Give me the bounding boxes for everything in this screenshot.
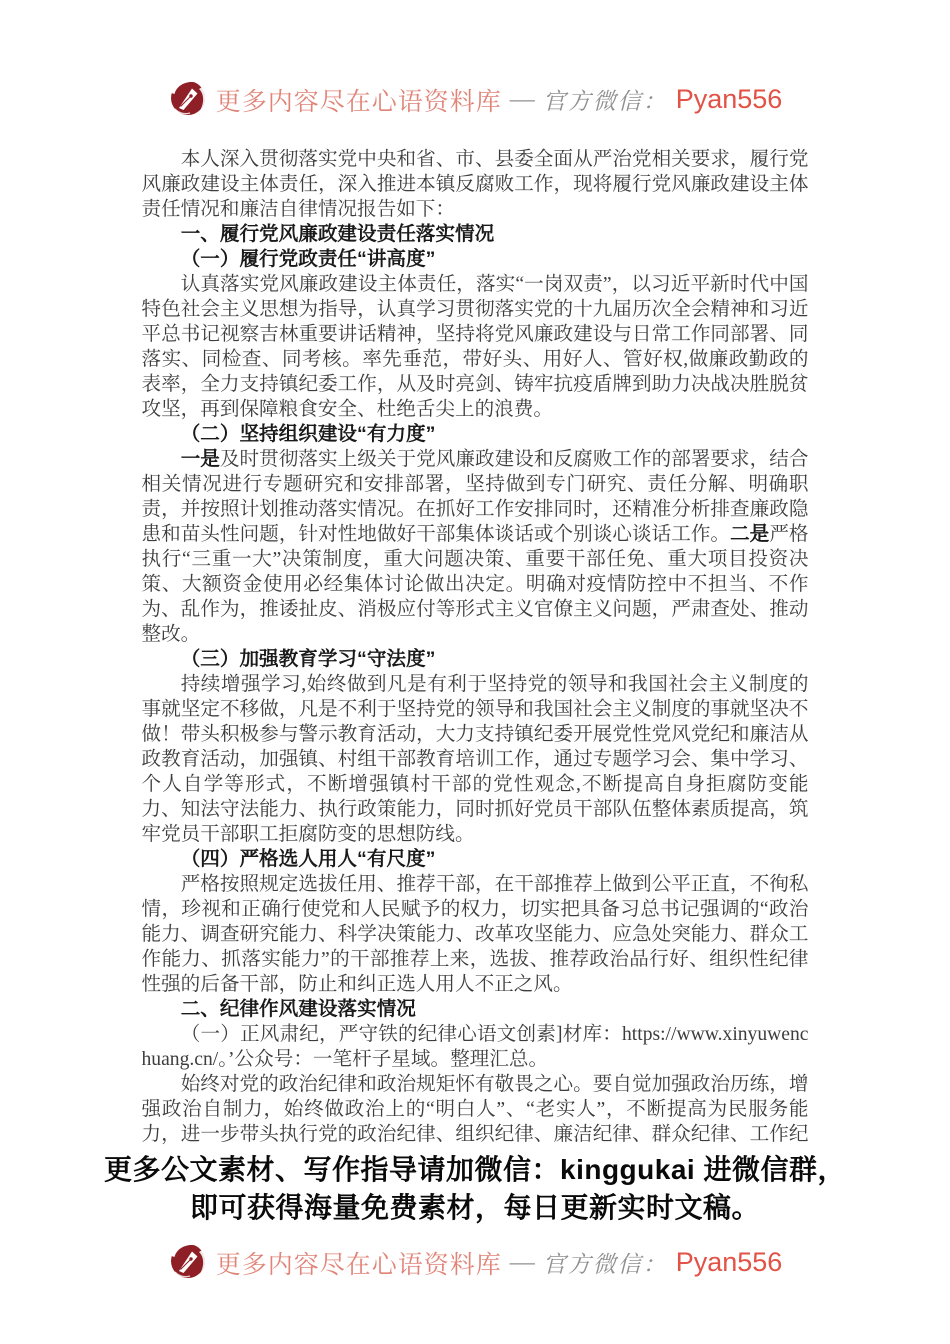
brand-dash: — xyxy=(510,1249,535,1277)
doc-heading: （三）加强教育学习“守法度” xyxy=(142,647,809,672)
official-wechat-label: 官方微信： xyxy=(543,1246,668,1279)
wechat-id: Pyan556 xyxy=(676,84,783,115)
doc-paragraph: 一是及时贯彻落实上级关于党风廉政建设和反腐败工作的部署要求，结合相关情况进行专题… xyxy=(142,447,809,647)
doc-paragraph: （一）正风肃纪，严守铁的纪律心语文创素]材库：https://www.xinyu… xyxy=(142,1022,809,1072)
brand-text: 更多内容尽在心语资料库 xyxy=(216,1245,502,1281)
brand-dash: — xyxy=(510,86,535,114)
footer-watermark: 更多内容尽在心语资料库—官方微信： Pyan556 xyxy=(0,1239,950,1286)
doc-heading: 二、纪律作风建设落实情况 xyxy=(142,997,809,1022)
doc-paragraph: 始终对党的政治纪律和政治规矩怀有敬畏之心。要自觉加强政治历练，增强政治自制力，始… xyxy=(142,1072,809,1145)
doc-body: 本人深入贯彻落实党中央和省、市、县委全面从严治党相关要求，履行党风廉政建设主体责… xyxy=(142,147,809,1145)
doc-paragraph: 认真落实党风廉政建设主体责任，落实“一岗双责”，以习近平新时代中国特色社会主义思… xyxy=(142,272,809,422)
doc-paragraph: 严格按照规定选拔任用、推荐干部，在干部推荐上做到公平正直，不徇私情，珍视和正确行… xyxy=(142,872,809,997)
doc-heading: （二）坚持组织建设“有力度” xyxy=(142,422,809,447)
wechat-id: Pyan556 xyxy=(676,1247,783,1278)
header-watermark: 更多内容尽在心语资料库—官方微信： Pyan556 xyxy=(0,0,950,123)
doc-heading: （一）履行党政责任“讲高度” xyxy=(142,247,809,272)
text-run: 及时贯彻落实上级关于党风廉政建设和反腐败工作的部署要求，结合相关情况进行专题研究… xyxy=(142,449,809,545)
bold-run: 二是 xyxy=(730,523,769,545)
brand-text: 更多内容尽在心语资料库 xyxy=(216,82,502,118)
bold-run: 一是 xyxy=(181,448,220,470)
doc-heading: 一、履行党风廉政建设责任落实情况 xyxy=(142,222,809,247)
pen-nib-swirl-logo-icon xyxy=(168,1239,208,1286)
document-page: 更多内容尽在心语资料库—官方微信： Pyan556 本人深入贯彻落实党中央和省、… xyxy=(0,0,950,1344)
doc-paragraph: 持续增强学习,始终做到凡是有利于坚持党的领导和我国社会主义制度的事就坚定不移做，… xyxy=(142,672,809,847)
doc-paragraph: 本人深入贯彻落实党中央和省、市、县委全面从严治党相关要求，履行党风廉政建设主体责… xyxy=(142,147,809,222)
promo-banner: 更多公文素材、写作指导请加微信：kinggukai 进微信群，即可获得海量免费素… xyxy=(104,1151,846,1227)
pen-nib-swirl-logo-icon xyxy=(168,76,208,123)
doc-heading: （四）严格选人用人“有尺度” xyxy=(142,847,809,872)
official-wechat-label: 官方微信： xyxy=(543,83,668,116)
